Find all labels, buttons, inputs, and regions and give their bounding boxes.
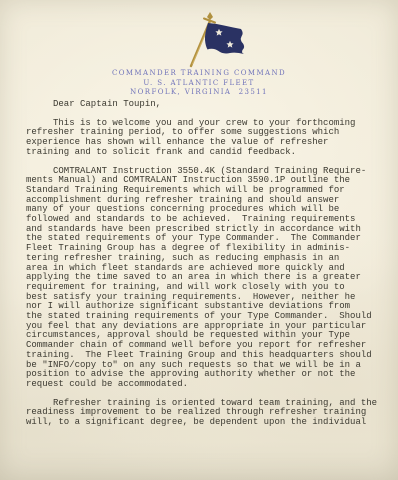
two-star-flag-icon <box>186 10 258 68</box>
letter-paragraph: This is to welcome you and your crew to … <box>26 119 382 158</box>
letter-page: COMMANDER TRAINING COMMAND U. S. ATLANTI… <box>0 0 398 480</box>
salutation: Dear Captain Toupin, <box>53 100 382 110</box>
letterhead-command-name: COMMANDER TRAINING COMMAND <box>0 69 398 77</box>
letterhead-fleet-name: U. S. ATLANTIC FLEET <box>0 79 398 87</box>
letterhead-location: NORFOLK, VIRGINIA 23511 <box>0 88 398 96</box>
letter-body: Dear Captain Toupin, This is to welcome … <box>26 100 382 428</box>
letter-paragraph: COMTRALANT Instruction 3550.4K (Standard… <box>26 167 382 390</box>
letter-paragraph: Refresher training is oriented toward te… <box>26 399 382 428</box>
